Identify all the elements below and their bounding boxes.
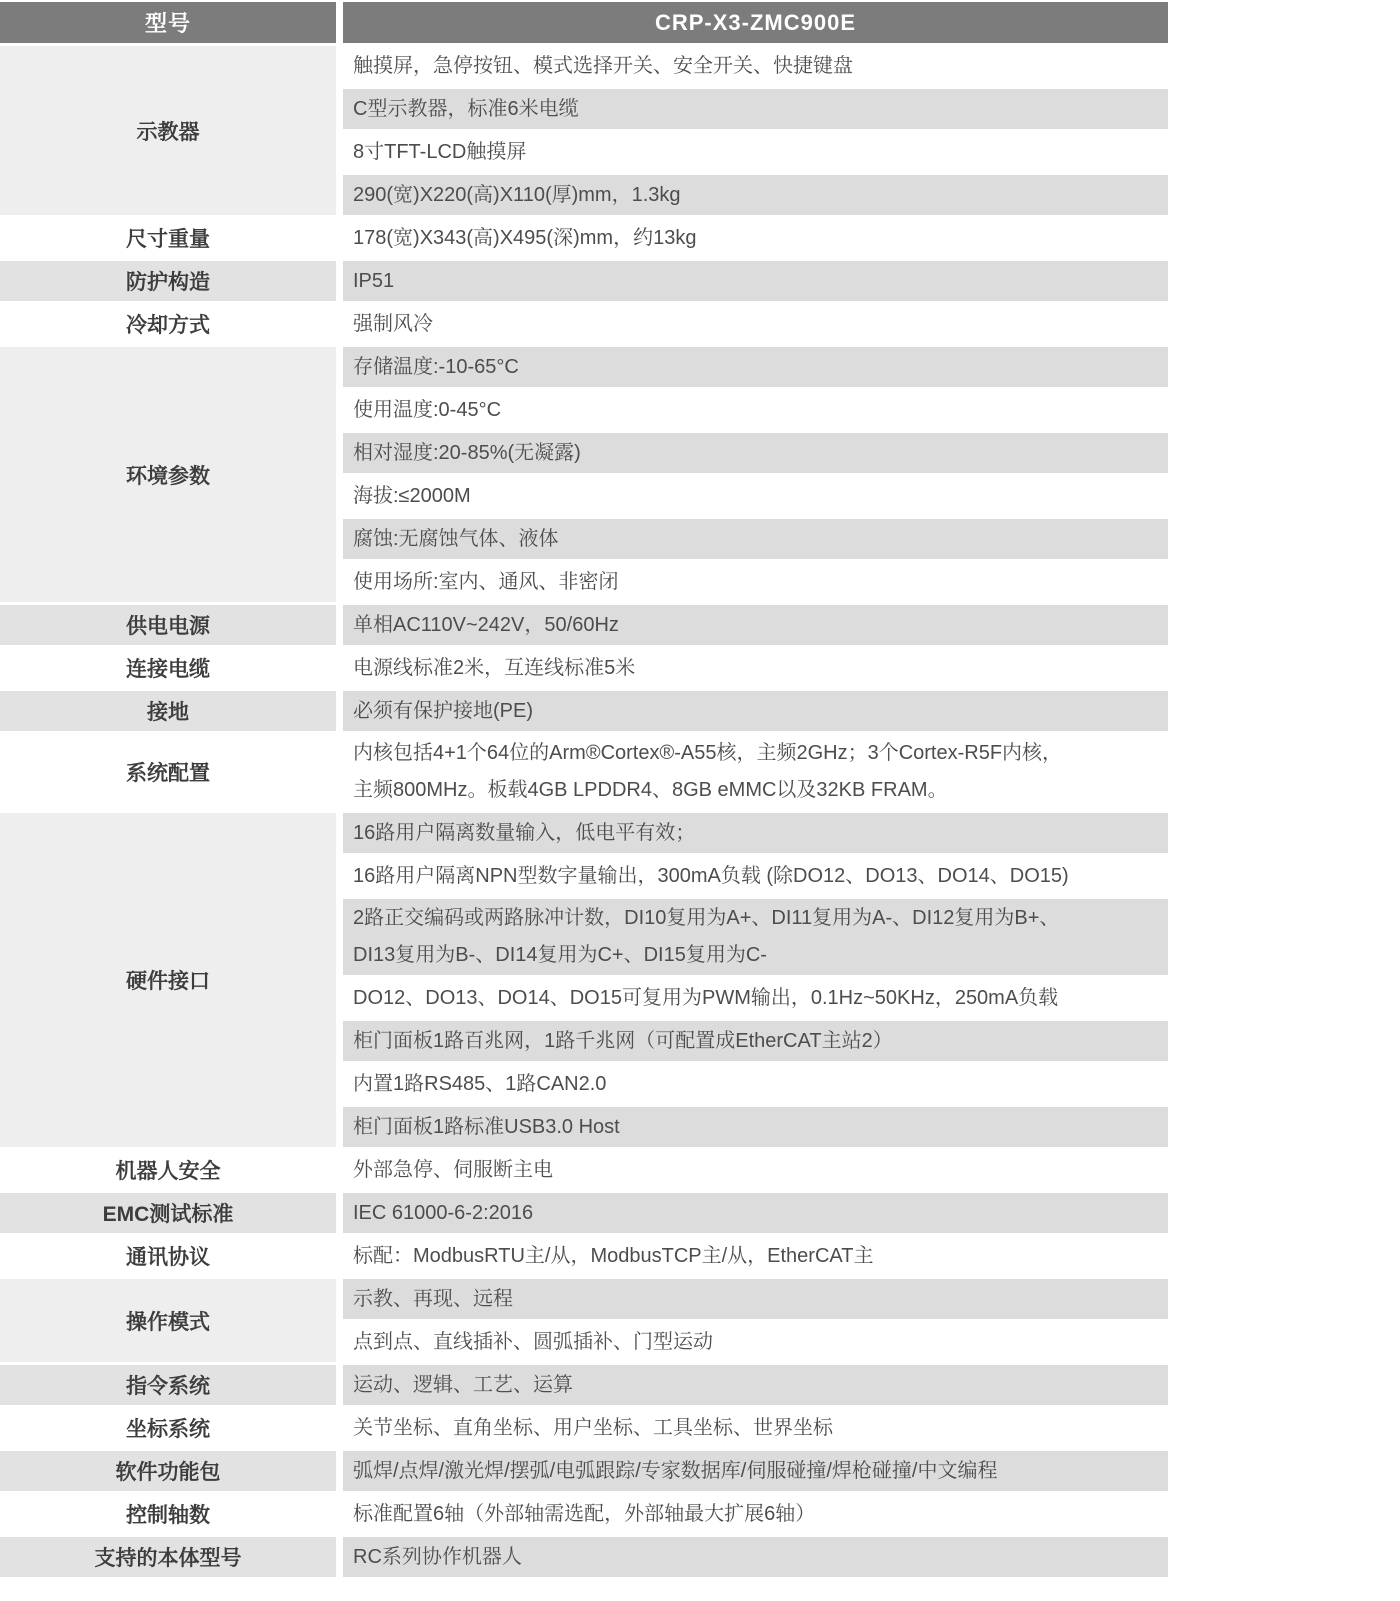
value-row: 柜门面板1路百兆网，1路千兆网（可配置成EtherCAT主站2） [343, 1021, 1168, 1061]
section-row: 坐标系统关节坐标、直角坐标、用户坐标、工具坐标、世界坐标 [0, 1408, 1168, 1448]
section-label: 接地 [0, 691, 336, 731]
value-row: 相对湿度:20-85%(无凝露) [343, 433, 1168, 473]
value-row: 触摸屏，急停按钮、模式选择开关、安全开关、快捷键盘 [343, 46, 1168, 86]
section-row: 防护构造IP51 [0, 261, 1168, 301]
section-label: 冷却方式 [0, 304, 336, 344]
section-label: 通讯协议 [0, 1236, 336, 1276]
section-rows: 标配：ModbusRTU主/从，ModbusTCP主/从，EtherCAT主 [343, 1236, 1168, 1276]
value-row: RC系列协作机器人 [343, 1537, 1168, 1577]
section-row: 连接电缆电源线标准2米，互连线标准5米 [0, 648, 1168, 688]
section-label: 连接电缆 [0, 648, 336, 688]
section-label: 硬件接口 [0, 813, 336, 1147]
section-rows: 电源线标准2米，互连线标准5米 [343, 648, 1168, 688]
section-rows: 示教、再现、远程点到点、直线插补、圆弧插补、门型运动 [343, 1279, 1168, 1362]
header-model-label: 型号 [0, 2, 336, 43]
value-row: 内置1路RS485、1路CAN2.0 [343, 1064, 1168, 1104]
value-row: IP51 [343, 261, 1168, 301]
section-label: 支持的本体型号 [0, 1537, 336, 1577]
value-row: 使用温度:0-45°C [343, 390, 1168, 430]
section-row: 支持的本体型号RC系列协作机器人 [0, 1537, 1168, 1577]
section-row: EMC测试标准IEC 61000-6-2:2016 [0, 1193, 1168, 1233]
section-row: 示教器触摸屏，急停按钮、模式选择开关、安全开关、快捷键盘C型示教器，标准6米电缆… [0, 46, 1168, 215]
value-row: 电源线标准2米，互连线标准5米 [343, 648, 1168, 688]
value-row: 强制风冷 [343, 304, 1168, 344]
value-row: 290(宽)X220(高)X110(厚)mm，1.3kg [343, 175, 1168, 215]
value-row: 柜门面板1路标准USB3.0 Host [343, 1107, 1168, 1147]
section-label: 控制轴数 [0, 1494, 336, 1534]
value-row: 标准配置6轴（外部轴需选配，外部轴最大扩展6轴） [343, 1494, 1168, 1534]
value-row: C型示教器，标准6米电缆 [343, 89, 1168, 129]
section-label: EMC测试标准 [0, 1193, 336, 1233]
section-row: 操作模式示教、再现、远程点到点、直线插补、圆弧插补、门型运动 [0, 1279, 1168, 1362]
value-row: 海拔:≤2000M [343, 476, 1168, 516]
value-row: 必须有保护接地(PE) [343, 691, 1168, 731]
section-label: 机器人安全 [0, 1150, 336, 1190]
section-row: 环境参数存储温度:-10-65°C使用温度:0-45°C相对湿度:20-85%(… [0, 347, 1168, 602]
section-row: 控制轴数标准配置6轴（外部轴需选配，外部轴最大扩展6轴） [0, 1494, 1168, 1534]
section-row: 冷却方式强制风冷 [0, 304, 1168, 344]
section-row: 硬件接口16路用户隔离数量输入，低电平有效；16路用户隔离NPN型数字量输出，3… [0, 813, 1168, 1147]
value-row: 单相AC110V~242V，50/60Hz [343, 605, 1168, 645]
section-row: 机器人安全外部急停、伺服断主电 [0, 1150, 1168, 1190]
section-label: 操作模式 [0, 1279, 336, 1362]
value-row: 弧焊/点焊/激光焊/摆弧/电弧跟踪/专家数据库/伺服碰撞/焊枪碰撞/中文编程 [343, 1451, 1168, 1491]
value-row: 使用场所:室内、通风、非密闭 [343, 562, 1168, 602]
section-row: 软件功能包弧焊/点焊/激光焊/摆弧/电弧跟踪/专家数据库/伺服碰撞/焊枪碰撞/中… [0, 1451, 1168, 1491]
section-label: 供电电源 [0, 605, 336, 645]
section-row: 指令系统运动、逻辑、工艺、运算 [0, 1365, 1168, 1405]
section-rows: 标准配置6轴（外部轴需选配，外部轴最大扩展6轴） [343, 1494, 1168, 1534]
section-label: 软件功能包 [0, 1451, 336, 1491]
section-label: 指令系统 [0, 1365, 336, 1405]
section-rows: RC系列协作机器人 [343, 1537, 1168, 1577]
section-rows: 外部急停、伺服断主电 [343, 1150, 1168, 1190]
header-row: 型号 CRP-X3-ZMC900E [0, 2, 1168, 43]
section-row: 通讯协议标配：ModbusRTU主/从，ModbusTCP主/从，EtherCA… [0, 1236, 1168, 1276]
section-rows: 单相AC110V~242V，50/60Hz [343, 605, 1168, 645]
spec-table: 型号 CRP-X3-ZMC900E 示教器触摸屏，急停按钮、模式选择开关、安全开… [0, 0, 1168, 1577]
value-row: 16路用户隔离数量输入，低电平有效； [343, 813, 1168, 853]
section-rows: 178(宽)X343(高)X495(深)mm，约13kg [343, 218, 1168, 258]
value-row: 标配：ModbusRTU主/从，ModbusTCP主/从，EtherCAT主 [343, 1236, 1168, 1276]
section-rows: 必须有保护接地(PE) [343, 691, 1168, 731]
section-label: 坐标系统 [0, 1408, 336, 1448]
section-row: 尺寸重量178(宽)X343(高)X495(深)mm，约13kg [0, 218, 1168, 258]
header-model-value: CRP-X3-ZMC900E [343, 2, 1168, 43]
value-row: 16路用户隔离NPN型数字量输出，300mA负载 (除DO12、DO13、DO1… [343, 856, 1168, 896]
section-rows: 关节坐标、直角坐标、用户坐标、工具坐标、世界坐标 [343, 1408, 1168, 1448]
value-row: 示教、再现、远程 [343, 1279, 1168, 1319]
value-row: 运动、逻辑、工艺、运算 [343, 1365, 1168, 1405]
value-row: 2路正交编码或两路脉冲计数，DI10复用为A+、DI11复用为A-、DI12复用… [343, 899, 1168, 975]
section-rows: IP51 [343, 261, 1168, 301]
section-rows: 强制风冷 [343, 304, 1168, 344]
section-rows: 16路用户隔离数量输入，低电平有效；16路用户隔离NPN型数字量输出，300mA… [343, 813, 1168, 1147]
section-label: 防护构造 [0, 261, 336, 301]
value-row: 存储温度:-10-65°C [343, 347, 1168, 387]
section-label: 示教器 [0, 46, 336, 215]
section-row: 供电电源单相AC110V~242V，50/60Hz [0, 605, 1168, 645]
value-row: IEC 61000-6-2:2016 [343, 1193, 1168, 1233]
section-rows: 存储温度:-10-65°C使用温度:0-45°C相对湿度:20-85%(无凝露)… [343, 347, 1168, 602]
value-row: 8寸TFT-LCD触摸屏 [343, 132, 1168, 172]
value-row: DO12、DO13、DO14、DO15可复用为PWM输出，0.1Hz~50KHz… [343, 978, 1168, 1018]
section-rows: IEC 61000-6-2:2016 [343, 1193, 1168, 1233]
section-label: 环境参数 [0, 347, 336, 602]
section-rows: 弧焊/点焊/激光焊/摆弧/电弧跟踪/专家数据库/伺服碰撞/焊枪碰撞/中文编程 [343, 1451, 1168, 1491]
section-row: 接地必须有保护接地(PE) [0, 691, 1168, 731]
value-row: 关节坐标、直角坐标、用户坐标、工具坐标、世界坐标 [343, 1408, 1168, 1448]
section-label: 系统配置 [0, 734, 336, 810]
section-rows: 运动、逻辑、工艺、运算 [343, 1365, 1168, 1405]
value-row: 外部急停、伺服断主电 [343, 1150, 1168, 1190]
section-rows: 内核包括4+1个64位的Arm®Cortex®-A55核，主频2GHz；3个Co… [343, 734, 1168, 810]
section-rows: 触摸屏，急停按钮、模式选择开关、安全开关、快捷键盘C型示教器，标准6米电缆8寸T… [343, 46, 1168, 215]
table-body: 示教器触摸屏，急停按钮、模式选择开关、安全开关、快捷键盘C型示教器，标准6米电缆… [0, 46, 1168, 1577]
value-row: 点到点、直线插补、圆弧插补、门型运动 [343, 1322, 1168, 1362]
section-row: 系统配置内核包括4+1个64位的Arm®Cortex®-A55核，主频2GHz；… [0, 734, 1168, 810]
value-row: 178(宽)X343(高)X495(深)mm，约13kg [343, 218, 1168, 258]
value-row: 内核包括4+1个64位的Arm®Cortex®-A55核，主频2GHz；3个Co… [343, 734, 1168, 810]
section-label: 尺寸重量 [0, 218, 336, 258]
value-row: 腐蚀:无腐蚀气体、液体 [343, 519, 1168, 559]
